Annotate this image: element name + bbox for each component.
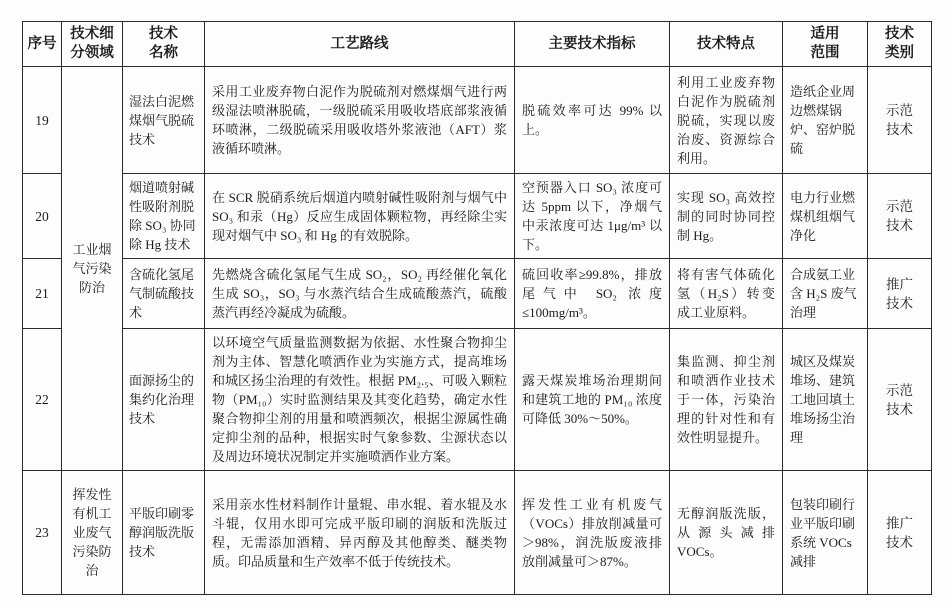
process-route-21: 先燃烧含硫化氢尾气生成 SO₂，SO₂ 再经催化氧化生成 SO₃，SO₃ 与水蒸… xyxy=(205,259,515,329)
seq-no-21: 21 xyxy=(23,259,62,329)
subdivision-field-voc-industrial-waste-gas: 挥发性有机工业废气污染防治 xyxy=(62,471,123,595)
process-route-19: 采用工业废弃物白泥作为脱硫剂对燃煤烟气进行两级湿法喷淋脱硫，一级脱硫采用吸收塔底… xyxy=(205,67,515,174)
seq-no-23: 23 xyxy=(23,471,62,595)
tech-name-22: 面源扬尘的集约化治理技术 xyxy=(123,329,205,471)
applicable-scope-20: 电力行业燃煤机组烟气净化 xyxy=(783,174,868,259)
header-tech-name: 技术 名称 xyxy=(123,22,205,67)
header-process-route: 工艺路线 xyxy=(205,22,515,67)
tech-features-21: 将有害气体硫化氢（H₂S）转变成工业原料。 xyxy=(670,259,783,329)
tech-name-19: 湿法白泥燃煤烟气脱硫技术 xyxy=(123,67,205,174)
header-tech-category: 技术 类别 xyxy=(868,22,932,67)
applicable-scope-23: 包装印刷行业平版印刷系统 VOCs 减排 xyxy=(783,471,868,595)
tech-name-21: 含硫化氢尾气制硫酸技术 xyxy=(123,259,205,329)
seq-no-19: 19 xyxy=(23,67,62,174)
main-indicators-21: 硫回收率≥99.8%，排放尾气中 SO₂ 浓度≤100mg/m³。 xyxy=(515,259,670,329)
seq-no-20: 20 xyxy=(23,174,62,259)
tech-name-23: 平版印刷零醇润版洗版技术 xyxy=(123,471,205,595)
seq-no-22: 22 xyxy=(23,329,62,471)
tech-features-22: 集监测、抑尘剂和喷洒作业技术于一体，污染治理的针对性和有效性明显提升。 xyxy=(670,329,783,471)
applicable-scope-21: 合成氨工业含 H₂S 废气治理 xyxy=(783,259,868,329)
tech-category-21: 推广技术 xyxy=(868,259,932,329)
main-indicators-19: 脱硫效率可达 99% 以上。 xyxy=(515,67,670,174)
technology-catalog-table: 序号 技术细 分领域 技术 名称 工艺路线 主要技术指标 技术特点 适用 范围 … xyxy=(22,21,932,595)
tech-category-22: 示范技术 xyxy=(868,329,932,471)
table-row-22: 22 面源扬尘的集约化治理技术 以环境空气质量监测数据为依据、水性聚合物抑尘剂为… xyxy=(23,329,932,471)
applicable-scope-19: 造纸企业周边燃煤锅炉、窑炉脱硫 xyxy=(783,67,868,174)
main-indicators-20: 空预器入口 SO₃ 浓度可达 5ppm 以下，净烟气中汞浓度可达 1μg/m³ … xyxy=(515,174,670,259)
table-row-21: 21 含硫化氢尾气制硫酸技术 先燃烧含硫化氢尾气生成 SO₂，SO₂ 再经催化氧… xyxy=(23,259,932,329)
table-row-20: 20 烟道喷射碱性吸附剂脱除 SO₃ 协同除 Hg 技术 在 SCR 脱硝系统后… xyxy=(23,174,932,259)
header-row: 序号 技术细 分领域 技术 名称 工艺路线 主要技术指标 技术特点 适用 范围 … xyxy=(23,22,932,67)
process-route-23: 采用亲水性材料制作计量辊、串水辊、着水辊及水斗辊，仅用水即可完成平版印刷的润版和… xyxy=(205,471,515,595)
process-route-22: 以环境空气质量监测数据为依据、水性聚合物抑尘剂为主体、智慧化喷洒作业为实施方式，… xyxy=(205,329,515,471)
tech-category-20: 示范技术 xyxy=(868,174,932,259)
table-row-19: 19 工业烟气污染防治 湿法白泥燃煤烟气脱硫技术 采用工业废弃物白泥作为脱硫剂对… xyxy=(23,67,932,174)
main-indicators-23: 挥发性工业有机废气（VOCs）排放削减量可＞98%，润洗版废液排放削减量可＞87… xyxy=(515,471,670,595)
tech-features-20: 实现 SO₃ 高效控制的同时协同控制 Hg。 xyxy=(670,174,783,259)
tech-category-23: 推广技术 xyxy=(868,471,932,595)
main-indicators-22: 露天煤炭堆场治理期间和建筑工地的 PM₁₀ 浓度可降低 30%～50%。 xyxy=(515,329,670,471)
applicable-scope-22: 城区及煤炭堆场、建筑工地回填土堆场扬尘治理 xyxy=(783,329,868,471)
process-route-20: 在 SCR 脱硝系统后烟道内喷射碱性吸附剂与烟气中 SO₃ 和汞（Hg）反应生成… xyxy=(205,174,515,259)
header-subdivision-field: 技术细 分领域 xyxy=(62,22,123,67)
technology-catalog-table-wrap: 序号 技术细 分领域 技术 名称 工艺路线 主要技术指标 技术特点 适用 范围 … xyxy=(22,21,932,595)
header-main-indicators: 主要技术指标 xyxy=(515,22,670,67)
header-seq-no: 序号 xyxy=(23,22,62,67)
table-row-23: 23 挥发性有机工业废气污染防治 平版印刷零醇润版洗版技术 采用亲水性材料制作计… xyxy=(23,471,932,595)
tech-category-19: 示范技术 xyxy=(868,67,932,174)
tech-features-23: 无醇润版洗版，从源头减排 VOCs。 xyxy=(670,471,783,595)
tech-name-20: 烟道喷射碱性吸附剂脱除 SO₃ 协同除 Hg 技术 xyxy=(123,174,205,259)
subdivision-field-industrial-flue-gas: 工业烟气污染防治 xyxy=(62,67,123,471)
tech-features-19: 利用工业废弃物白泥作为脱硫剂脱硫，实现以废治废、资源综合利用。 xyxy=(670,67,783,174)
header-applicable-scope: 适用 范围 xyxy=(783,22,868,67)
header-tech-features: 技术特点 xyxy=(670,22,783,67)
